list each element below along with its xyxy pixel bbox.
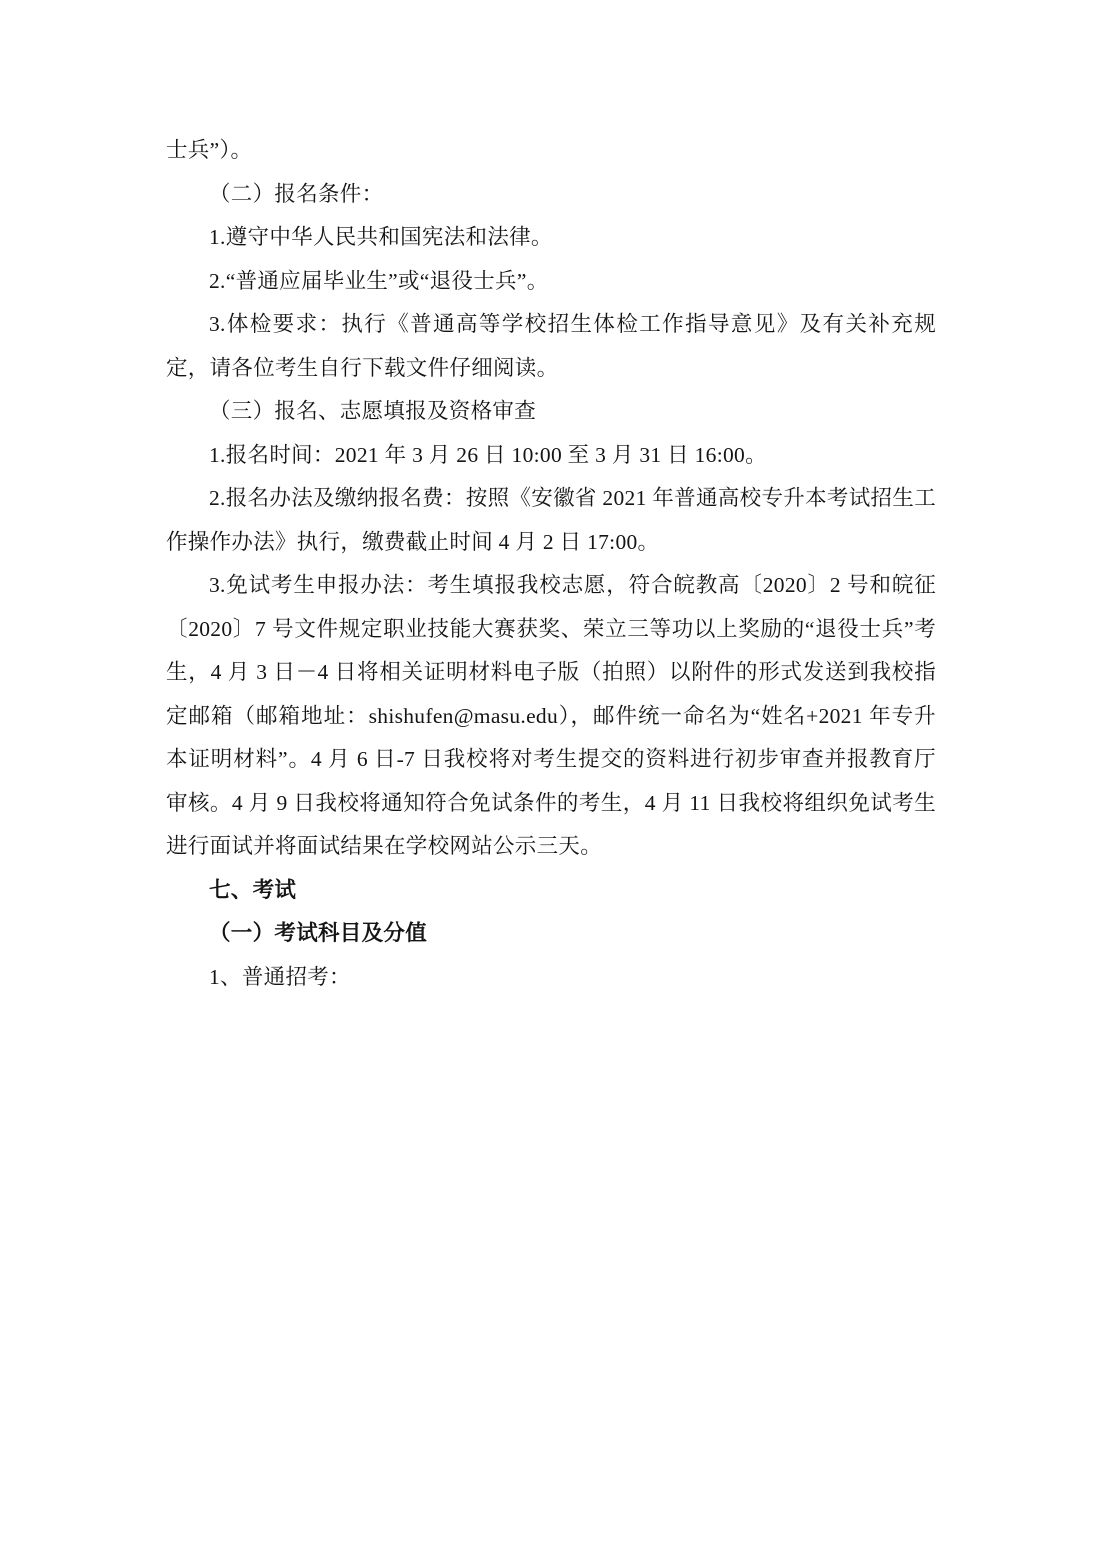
condition-item-2: 2.“普通应届毕业生”或“退役士兵”。 [166,260,936,304]
subsection-heading-registration-conditions: （二）报名条件： [166,173,936,217]
exam-item-1-general-admission: 1、普通招考： [166,956,936,1000]
subsection-heading-exam-subjects-and-scores: （一）考试科目及分值 [166,912,936,956]
condition-item-3-physical-exam: 3.体检要求：执行《普通高等学校招生体检工作指导意见》及有关补充规定，请各位考生… [166,303,936,390]
registration-item-2-method-and-fee: 2.报名办法及缴纳报名费：按照《安徽省 2021 年普通高校专升本考试招生工作操… [166,477,936,564]
registration-item-1-time: 1.报名时间：2021 年 3 月 26 日 10:00 至 3 月 31 日 … [166,434,936,478]
condition-item-1: 1.遵守中华人民共和国宪法和法律。 [166,216,936,260]
registration-item-3-exemption-application: 3.免试考生申报办法：考生填报我校志愿，符合皖教高〔2020〕2 号和皖征〔20… [166,564,936,869]
document-page: 士兵”）。 （二）报名条件： 1.遵守中华人民共和国宪法和法律。 2.“普通应届… [0,0,1102,1559]
subsection-heading-registration-and-review: （三）报名、志愿填报及资格审查 [166,390,936,434]
section-heading-exam: 七、考试 [166,869,936,913]
document-content: 士兵”）。 （二）报名条件： 1.遵守中华人民共和国宪法和法律。 2.“普通应届… [166,129,936,999]
paragraph-continuation-from-previous-page: 士兵”）。 [166,129,936,173]
